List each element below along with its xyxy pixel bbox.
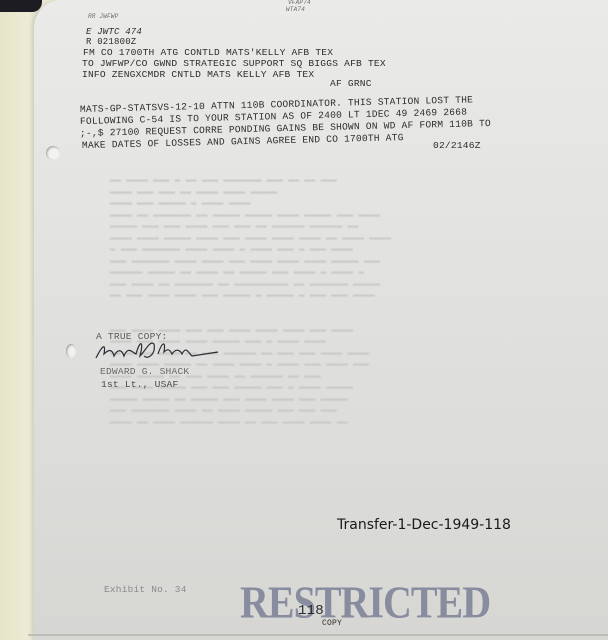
routing-line-from: FM CO 1700TH ATG CONTLD MATS'KELLY AFB T… — [83, 47, 333, 58]
precedence: AF GRNC — [330, 78, 372, 89]
dark-background-corner — [0, 0, 42, 12]
signatory-name: EDWARD G. SHACK — [100, 366, 189, 377]
copy-label: COPY — [322, 618, 342, 629]
header-faint-line-2: WTA74 — [286, 7, 305, 13]
routing-line-to: TO JWFWP/CO GWND STRATEGIC SUPPORT SQ BI… — [82, 58, 386, 69]
restricted-stamp: RESTRICTED — [240, 575, 490, 629]
routing-line-info: INFO ZENGXCMDR CNTLD MATS KELLY AFB TEX — [82, 69, 314, 80]
exhibit-number: Exhibit No. 34 — [104, 584, 187, 595]
header-faint-line-3: RR JWFWP — [88, 14, 118, 20]
signatory-rank: 1st Lt., USAF — [101, 379, 178, 390]
transfer-label: Transfer-1-Dec-1949-118 — [337, 517, 511, 533]
copy-number: 118 — [298, 606, 324, 617]
page-bottom-edge — [28, 634, 608, 636]
punch-hole — [46, 146, 60, 160]
date-time-group: 02/2146Z — [433, 140, 481, 151]
signature-icon — [92, 336, 222, 366]
punch-hole-small — [66, 344, 76, 358]
